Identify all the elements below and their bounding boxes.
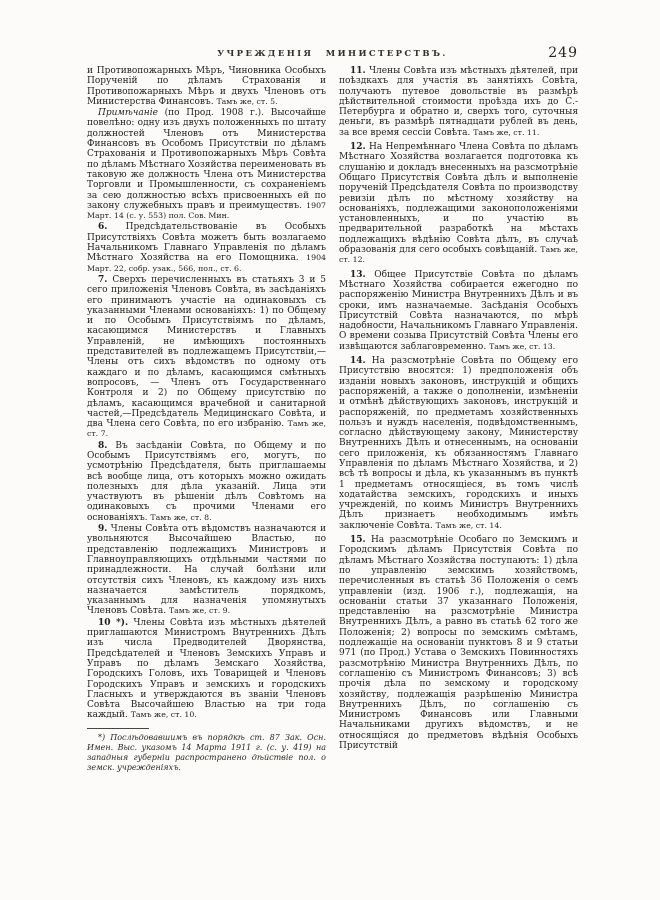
text-run: 13. <box>350 270 366 280</box>
text-run: 8. <box>98 441 107 451</box>
text-run: Тамъ же, ст. 5. <box>216 97 277 106</box>
text-run: Тамъ же, ст. 14. <box>436 521 502 530</box>
text-run: и Противопожарныхъ Мѣръ, Чиновника Особы… <box>87 66 326 107</box>
text-run: Въ засѣданіи Совѣта, по Общему и по Особ… <box>87 441 326 523</box>
para-article-9: 9. Члены Совѣта отъ вѣдомствъ назначаютс… <box>87 524 326 617</box>
text-run: Тамъ же, ст. 13. <box>489 342 555 351</box>
para-note: Примѣчаніе (по Прод. 1908 г.). Высочайше… <box>87 108 326 221</box>
text-run: 12. <box>350 142 366 152</box>
para-article-13: 13. Общее Присутствіе Совѣта по дѣламъ М… <box>339 270 578 352</box>
page-header: УЧРЕЖДЕНІЯ МИНИСТЕРСТВЪ. 249 <box>87 49 578 65</box>
left-column: и Противопожарныхъ Мѣръ, Чиновника Особы… <box>87 66 326 773</box>
text-run: Предсѣдательствованіе въ Особыхъ Присутс… <box>87 222 326 263</box>
footnote-rule <box>87 728 149 729</box>
para-article-7: 7. Сверхъ перечисленныхъ въ статьяхъ 3 и… <box>87 275 326 440</box>
text-run: Тамъ же, ст. 10. <box>131 710 197 719</box>
text-block: и Противопожарныхъ Мѣръ, Чиновника Особы… <box>87 66 578 773</box>
text-run: 7. <box>98 275 107 285</box>
text-run: Члены Совѣта изъ мѣстныхъ дѣятелей, при … <box>339 66 578 138</box>
text-run: 9. <box>98 524 107 534</box>
para-article-10: 10 *). Члены Совѣта изъ мѣстныхъ дѣятеле… <box>87 618 326 721</box>
para-article-12: 12. На Непремѣннаго Члена Совѣта по дѣла… <box>339 142 578 266</box>
text-run: Общее Присутствіе Совѣта по дѣламъ Мѣстн… <box>339 270 578 352</box>
text-run: 15. <box>350 535 366 545</box>
text-run: Сверхъ перечисленныхъ въ статьяхъ 3 и 5 … <box>87 275 326 429</box>
text-run: (по Прод. 1908 г.). Высочайше повелѣно: … <box>87 108 326 211</box>
text-run: Члены Совѣта отъ вѣдомствъ назначаются и… <box>87 524 326 616</box>
text-run: 14. <box>350 356 366 366</box>
text-run: На Непремѣннаго Члена Совѣта по дѣламъ М… <box>339 142 578 255</box>
document-page: УЧРЕЖДЕНІЯ МИНИСТЕРСТВЪ. 249 и Противопо… <box>0 0 660 900</box>
para-continuation: и Противопожарныхъ Мѣръ, Чиновника Особы… <box>87 66 326 107</box>
para-article-8: 8. Въ засѣданіи Совѣта, по Общему и по О… <box>87 441 326 523</box>
footnote: *) Послѣдовавшимъ въ порядкѣ ст. 87 Зак.… <box>87 733 326 773</box>
text-run: На разсмотрѣніе Совѣта по Общему его При… <box>339 356 578 531</box>
running-title: УЧРЕЖДЕНІЯ МИНИСТЕРСТВЪ. <box>87 49 578 59</box>
text-run: 11. <box>350 66 366 76</box>
text-run: Тамъ же, ст. 11. <box>473 128 539 137</box>
text-run: На разсмотрѣніе Особаго по Земскимъ и Го… <box>339 535 578 751</box>
text-run: 10 *). <box>98 618 128 628</box>
text-run: Члены Совѣта изъ мѣстныхъ дѣятелей пригл… <box>87 618 326 721</box>
page-number: 249 <box>548 45 578 61</box>
text-run: Тамъ же, ст. 8. <box>150 513 211 522</box>
para-article-11: 11. Члены Совѣта изъ мѣстныхъ дѣятелей, … <box>339 66 578 138</box>
text-run: *) Послѣдовавшимъ въ порядкѣ ст. 87 Зак.… <box>87 733 326 772</box>
right-column: 11. Члены Совѣта изъ мѣстныхъ дѣятелей, … <box>339 66 578 773</box>
text-run: Тамъ же, ст. 9. <box>169 606 230 615</box>
para-article-15: 15. На разсмотрѣніе Особаго по Земскимъ … <box>339 535 578 751</box>
text-run: 6. <box>98 222 107 232</box>
text-run: Примѣчаніе <box>98 108 158 118</box>
para-article-6: 6. Предсѣдательствованіе въ Особыхъ Прис… <box>87 222 326 273</box>
para-article-14: 14. На разсмотрѣніе Совѣта по Общему его… <box>339 356 578 531</box>
